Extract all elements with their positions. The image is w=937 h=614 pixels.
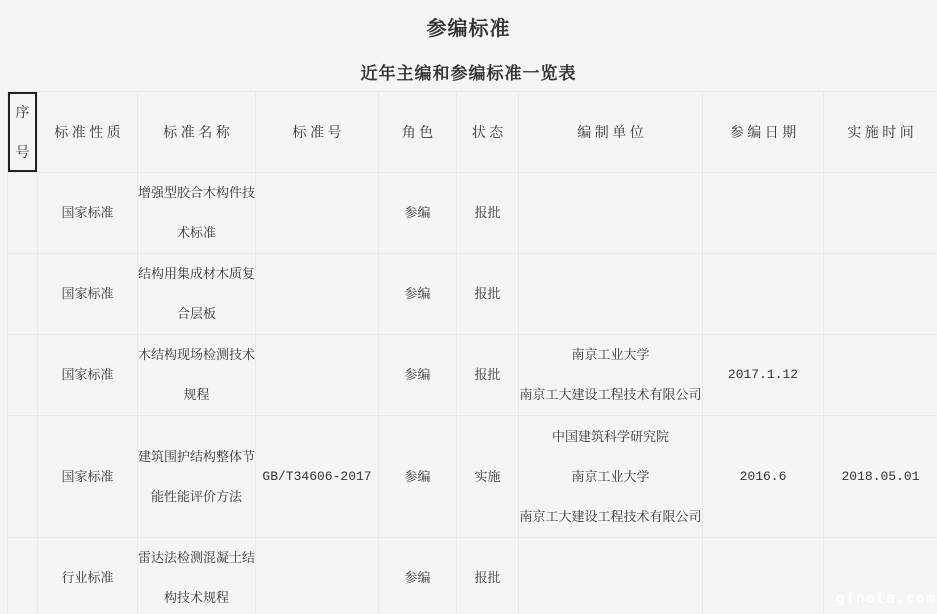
cell-index: [8, 538, 38, 614]
cell-text: 参编: [379, 457, 456, 497]
cell-name: 增强型胶合木构件技术标准: [138, 173, 256, 254]
cell-date: 2017.1.12: [703, 335, 824, 416]
table-row-1: 国家标准增强型胶合木构件技术标准参编报批: [8, 173, 937, 254]
cell-nature: 国家标准: [38, 335, 138, 416]
cell-name: 建筑围护结构整体节能性能评价方法: [138, 416, 256, 538]
cell-text: 中国建筑科学研究院: [519, 417, 702, 457]
cell-text: 参编: [379, 355, 456, 395]
cell-index: [8, 416, 38, 538]
cell-number: GB/T34606-2017: [256, 416, 379, 538]
cell-text: 木结构现场检测技术: [138, 335, 255, 375]
cell-number: [256, 335, 379, 416]
table-header: 序号标准性质标准名称标准号角色状态编制单位参编日期实施时间: [8, 92, 937, 173]
cell-org: [519, 538, 703, 614]
cell-text: 结构用集成材木质复: [138, 254, 255, 294]
cell-index: [8, 254, 38, 335]
cell-org: 中国建筑科学研究院南京工业大学南京工大建设工程技术有限公司: [519, 416, 703, 538]
cell-text: 术标准: [138, 213, 255, 253]
cell-date: [703, 254, 824, 335]
cell-text: 国家标准: [38, 193, 137, 233]
cell-text: 报批: [457, 193, 518, 233]
column-header-date: 参编日期: [703, 92, 824, 173]
cell-text: 报批: [457, 558, 518, 598]
cell-org: [519, 254, 703, 335]
cell-text: 南京工业大学: [519, 457, 702, 497]
column-header-label: 状态: [457, 112, 518, 152]
column-header-status: 状态: [457, 92, 519, 173]
column-header-label: 标准号: [256, 112, 378, 152]
cell-nature: 国家标准: [38, 416, 138, 538]
cell-text: 国家标准: [38, 457, 137, 497]
cell-text: 国家标准: [38, 355, 137, 395]
cell-text: GB/T34606-2017: [256, 457, 378, 497]
column-header-label: 标准名称: [138, 112, 255, 152]
cell-number: [256, 254, 379, 335]
cell-text: 能性能评价方法: [138, 477, 255, 517]
cell-name: 结构用集成材木质复合层板: [138, 254, 256, 335]
cell-date: [703, 538, 824, 614]
cell-text: 南京工业大学: [519, 335, 702, 375]
cell-role: 参编: [379, 173, 457, 254]
column-header-label: 标准性质: [38, 112, 137, 152]
column-header-label: 角色: [379, 112, 456, 152]
cell-text: 合层板: [138, 294, 255, 334]
cell-impl: 2018.05.01: [824, 416, 937, 538]
cell-number: [256, 173, 379, 254]
table-row-2: 国家标准结构用集成材木质复合层板参编报批: [8, 254, 937, 335]
cell-date: [703, 173, 824, 254]
column-header-impl: 实施时间: [824, 92, 937, 173]
column-header-index: 序号: [8, 92, 38, 173]
cell-nature: 行业标准: [38, 538, 138, 614]
cell-impl: [824, 254, 937, 335]
watermark: gfnola.com: [836, 589, 936, 607]
cell-text: 南京工大建设工程技术有限公司: [519, 497, 702, 537]
standards-table-container: 序号标准性质标准名称标准号角色状态编制单位参编日期实施时间 国家标准增强型胶合木…: [7, 91, 937, 614]
column-header-label: 号: [8, 132, 37, 172]
cell-date: 2016.6: [703, 416, 824, 538]
cell-role: 参编: [379, 335, 457, 416]
column-header-org: 编制单位: [519, 92, 703, 173]
cell-status: 报批: [457, 538, 519, 614]
cell-role: 参编: [379, 254, 457, 335]
column-header-role: 角色: [379, 92, 457, 173]
cell-nature: 国家标准: [38, 254, 138, 335]
cell-text: 雷达法检测混凝土结: [138, 538, 255, 578]
table-body: 国家标准增强型胶合木构件技术标准参编报批国家标准结构用集成材木质复合层板参编报批…: [8, 173, 937, 614]
cell-text: 参编: [379, 274, 456, 314]
cell-text: 南京工大建设工程技术有限公司: [519, 375, 702, 415]
cell-impl: [824, 173, 937, 254]
cell-nature: 国家标准: [38, 173, 138, 254]
cell-text: 规程: [138, 375, 255, 415]
cell-text: 参编: [379, 193, 456, 233]
table-row-4: 国家标准建筑围护结构整体节能性能评价方法GB/T34606-2017参编实施中国…: [8, 416, 937, 538]
cell-text: 2018.05.01: [824, 457, 937, 497]
cell-text: 增强型胶合木构件技: [138, 173, 255, 213]
page-title: 参编标准: [0, 12, 937, 41]
cell-text: 报批: [457, 355, 518, 395]
column-header-label: 编制单位: [519, 112, 702, 152]
cell-status: 报批: [457, 254, 519, 335]
cell-status: 报批: [457, 173, 519, 254]
cell-number: [256, 538, 379, 614]
column-header-name: 标准名称: [138, 92, 256, 173]
cell-text: 报批: [457, 274, 518, 314]
cell-org: 南京工业大学南京工大建设工程技术有限公司: [519, 335, 703, 416]
cell-text: 2016.6: [703, 457, 823, 497]
cell-text: 构技术规程: [138, 578, 255, 614]
cell-index: [8, 335, 38, 416]
table-row-5: 行业标准雷达法检测混凝土结构技术规程参编报批: [8, 538, 937, 614]
cell-status: 报批: [457, 335, 519, 416]
cell-text: 行业标准: [38, 558, 137, 598]
page-subtitle: 近年主编和参编标准一览表: [0, 59, 937, 84]
column-header-label: 序: [8, 92, 37, 132]
cell-text: 国家标准: [38, 274, 137, 314]
table-row-3: 国家标准木结构现场检测技术规程参编报批南京工业大学南京工大建设工程技术有限公司2…: [8, 335, 937, 416]
cell-name: 木结构现场检测技术规程: [138, 335, 256, 416]
cell-role: 参编: [379, 416, 457, 538]
column-header-number: 标准号: [256, 92, 379, 173]
column-header-label: 实施时间: [824, 112, 937, 152]
standards-table: 序号标准性质标准名称标准号角色状态编制单位参编日期实施时间 国家标准增强型胶合木…: [7, 91, 937, 614]
cell-index: [8, 173, 38, 254]
header-row: 序号标准性质标准名称标准号角色状态编制单位参编日期实施时间: [8, 92, 937, 173]
column-header-nature: 标准性质: [38, 92, 138, 173]
column-header-label: 参编日期: [703, 112, 823, 152]
cell-role: 参编: [379, 538, 457, 614]
cell-org: [519, 173, 703, 254]
cell-impl: [824, 335, 937, 416]
cell-text: 建筑围护结构整体节: [138, 437, 255, 477]
cell-name: 雷达法检测混凝土结构技术规程: [138, 538, 256, 614]
cell-text: 实施: [457, 457, 518, 497]
cell-status: 实施: [457, 416, 519, 538]
cell-text: 2017.1.12: [703, 355, 823, 395]
cell-text: 参编: [379, 558, 456, 598]
